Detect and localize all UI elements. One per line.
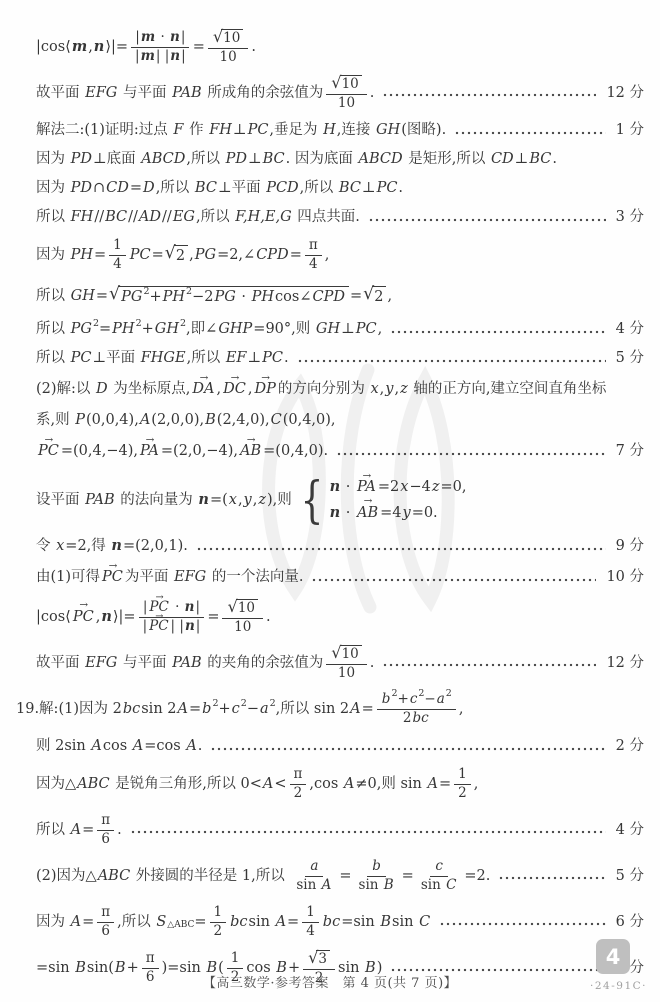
text-run: 2 [214,924,223,940]
radicand: 10 [340,645,362,663]
math-bi: n [100,608,113,627]
dot-leader [439,922,605,926]
text-run: 与平面 [118,654,171,673]
text-run: ⊥ [233,121,247,140]
math-it: D [142,179,156,198]
vector: →PA [140,442,159,461]
answer-line: 故平面 EFG 与平面 PAB 所成角的余弦值为√1010.12 分 [36,70,644,116]
fraction: |m · n||m| |n| [131,30,190,64]
math-it: PH [162,288,186,307]
text-run: = [402,867,414,886]
dot-leader [390,330,605,334]
radicand: 10 [340,75,362,93]
text-run: ⟩|= [113,608,136,627]
numerator: 1 [302,905,319,923]
dot-leader [382,663,596,667]
text-run: sin [359,878,383,894]
math-it: BC [262,150,286,169]
vector-arrow-icon: → [45,434,53,448]
math-bi: m [140,30,156,46]
score-label: 3 分 [616,208,644,227]
text-run: | [196,600,201,616]
text-run: 四点共面. [293,208,360,227]
text-run: = [82,821,94,840]
fraction: 12 [210,905,227,939]
math-it: EFG [84,84,118,103]
text-run: ⊥ [515,150,529,169]
numerator: √10 [326,645,367,665]
math-it: GH [375,121,401,140]
text-run: 10 [338,666,355,682]
page-number-badge: 4 [596,939,630,974]
math-bi: n [329,478,342,497]
text-run: 1 [113,238,122,254]
denominator: 6 [97,923,114,940]
text-run: . [370,654,375,673]
math-it: bc [412,711,430,727]
math-it: A [343,775,355,794]
score-label: 5 分 [616,349,644,368]
text-run: ,所以 [196,208,234,227]
text-run: =2,得 [65,537,110,556]
text-run: π [101,905,110,921]
numerator: π [142,951,159,969]
square-root: √10 [227,599,258,617]
text-run: ⊥ [247,349,261,368]
math-it: BC [338,179,362,198]
math-it: ABC [97,867,132,886]
text-run: = [99,320,111,339]
text-run: =0. [412,504,438,523]
text-run: 1 [214,905,223,921]
answer-line: 解法二:(1)证明:过点 F 作 FH⊥PC,垂足为 H,连接 GH(图略).1… [36,116,644,145]
text-run: ,所以 sin 2 [276,700,349,719]
math-it: CD [490,150,515,169]
text-run: 2 [403,711,412,727]
denominator: 2bc [399,710,434,727]
radicand: 3 [316,950,330,968]
answer-line: 因为 PD∩CD=D,所以 BC⊥平面 PCD,所以 BC⊥PC. [36,174,644,203]
math-sup: 2 [186,286,192,298]
math-it: A [177,700,189,719]
vector: →DP [254,380,275,399]
text-run: 是锐角三角形,所以 0< [111,775,262,794]
text-run: , [459,700,464,719]
numerator: 1 [210,905,227,923]
denominator: 4 [109,256,126,273]
dot-leader [498,876,605,880]
text-run: 因为△ [36,775,76,794]
text-run: 的夹角的余弦值为 [203,654,324,673]
denominator: 4 [302,923,319,940]
paper-code: ·24-91C· [590,980,647,992]
vector-arrow-icon: → [200,372,208,386]
text-run: ∩ [93,179,105,198]
math-it: A [275,913,287,932]
score-label: 12 分 [606,84,644,103]
text-run: (0,4,0), [283,411,336,430]
text-run: = [362,700,374,719]
answer-line: →PC=(0,4,−4),→PA=(2,0,−4),→AB=(0,4,0).7 … [36,435,644,468]
fraction: b2+c2−a22bc [377,692,456,726]
score-label: 1 分 [616,121,644,140]
fraction: |→PC · n||→PC| |n| [139,600,205,634]
dot-leader [130,830,606,834]
text-run: ⊥ [362,179,376,198]
text-run: | [181,30,186,46]
equation-row: n · →PA=2x−4z=0, [329,478,467,497]
dot-leader [297,359,606,363]
text-run: π [146,951,155,967]
text-run: . 因为底面 [286,150,358,169]
brace-icon: { [300,479,323,522]
math-sup: 2 [391,689,397,700]
math-it: z [399,380,409,399]
math-it: EF [225,349,248,368]
text-run: 令 [36,537,55,556]
math-it: a [259,700,270,719]
vector: →AB [357,504,378,523]
text-run: + [398,692,409,708]
text-run: | [143,619,148,635]
text-run: = [189,700,201,719]
text-run: = [130,179,142,198]
text-run: ⊥平面 [92,349,139,368]
math-it: b [371,859,382,875]
text-run: ,连接 [337,121,375,140]
text-run: 10 [234,620,251,636]
math-it: PG [213,288,236,307]
math-it: x [55,537,65,556]
math-it: CPD [312,288,346,307]
radicand: 2 [372,286,386,307]
text-run: . [266,608,271,627]
square-root: √2 [165,245,188,266]
text-run: · [237,288,251,307]
text-run: | | [156,49,169,65]
text-run: = [152,246,164,265]
math-it: C [270,411,283,430]
numerator: 1 [454,767,471,785]
text-run: =(2,0,1). [123,537,188,556]
text-run: . [117,821,122,840]
math-it: B [204,411,217,430]
math-it: PAB [171,654,203,673]
answer-line: 因为 A=π6,所以 S△ABC=12bcsin A=14bc=sin Bsin… [36,899,644,945]
math-it: a [436,692,446,708]
text-run: 的法向量为 [116,491,198,510]
radical-icon: √ [331,74,341,91]
text-run: 设平面 [36,491,84,510]
text-run: 因为 [36,246,70,265]
text-run: = [339,867,351,886]
math-it: PD [70,150,93,169]
square-root: √3 [308,950,330,968]
math-it: PCD [265,179,299,198]
vector-arrow-icon: → [364,495,372,509]
math-bi: n [93,38,106,57]
numerator: |→PC · n| [139,600,204,618]
text-run: ,垂足为 [269,121,322,140]
math-it: B [383,878,395,894]
math-it: PC [355,320,378,339]
numerator: π [97,905,114,923]
text-run: =2 [378,478,399,497]
text-run: 解法二:(1)证明:过点 [36,121,172,140]
text-run: 为平面 [125,568,173,587]
vector-arrow-icon: → [109,560,117,574]
math-it: b [201,700,212,719]
square-root: √10 [213,29,244,47]
text-run: (图略). [401,121,446,140]
text-run: | | [171,619,184,635]
answer-line: 故平面 EFG 与平面 PAB 的夹角的余弦值为√1010.12 分 [36,640,644,686]
text-run: // [128,208,138,227]
text-run: sin [392,913,418,932]
math-it: PH [111,320,135,339]
text-run: = [82,913,94,932]
math-sup: 2 [93,318,99,330]
math-it: EFG [84,654,118,673]
score-label: 9 分 [616,537,644,556]
numerator: b [367,859,386,877]
text-run: ⊥ [341,320,355,339]
score-label: 7 分 [616,442,644,461]
text-run: 6 [101,832,110,848]
text-run: 1 [231,951,240,967]
text-run: , [387,287,392,306]
math-it: ABCD [140,150,186,169]
math-bi: m [71,38,88,57]
vector: →PC [38,442,59,461]
denominator: sin C [417,877,462,894]
math-bi: n [110,537,123,556]
dot-leader [368,218,606,222]
numerator: √10 [326,75,367,95]
math-it: PAB [84,491,116,510]
math-it: F [172,121,184,140]
square-root: √10 [331,75,362,93]
radicand: 10 [221,29,243,47]
fraction: 12 [454,767,471,801]
fraction: √1010 [208,29,249,65]
math-sup: 2 [241,698,247,710]
text-run: (2)解:以 [36,380,95,399]
answer-line: 19.解:(1)因为 2bcsin 2A=b2+c2−a2,所以 sin 2A=… [16,686,644,732]
numerator: c [430,859,448,877]
math-it: A [132,737,144,756]
text-run: , [217,380,222,399]
text-run: 则 2sin [36,737,90,756]
text-run: 为坐标原点, [109,380,191,399]
math-sup: 2 [136,318,142,330]
numerator: √10 [208,29,249,49]
text-run: = [287,913,299,932]
text-run: . [251,38,256,57]
answer-line: 令 x=2,得 n=(2,0,1).9 分 [36,532,644,561]
radical-icon: √ [109,285,120,303]
math-it: GHP [217,320,253,339]
answer-line: 所以 GH=√PG2+PH2−2PG · PHcos∠CPD=√2, [36,278,644,315]
text-run: sin 2 [141,700,176,719]
math-it: bc [229,913,248,932]
vector-arrow-icon: → [247,434,255,448]
text-run: = [207,608,219,627]
math-it: BC [104,208,128,227]
text-run: ,cos [309,775,343,794]
text-run: 的一个法向量. [207,568,303,587]
answer-line: |cos⟨→PC,n⟩|=|→PC · n||→PC| |n|=√1010. [36,594,644,640]
text-run: 系,则 [36,411,74,430]
text-run: |cos⟨ [36,38,71,57]
text-run: = [350,287,362,306]
math-it: bc [122,700,141,719]
text-run: =(0,4,0). [263,442,328,461]
fraction: asin A [292,859,336,893]
text-run: ,即∠ [186,320,217,339]
answer-line: 因为 PD⊥底面 ABCD,所以 PD⊥BC. 因为底面 ABCD 是矩形,所以… [36,145,644,174]
math-it: a [309,859,319,875]
math-it: ABCD [357,150,403,169]
fraction: √1010 [326,645,367,681]
text-run: . [552,150,557,169]
math-it: x [228,491,238,510]
math-it: EFG [173,568,207,587]
text-run: ⊥底面 [93,150,140,169]
text-run: = [194,913,206,932]
math-it: CPD [255,246,289,265]
text-run: 是矩形,所以 [404,150,490,169]
text-run: 4 [306,924,315,940]
vector-arrow-icon: → [156,592,163,603]
math-sup: 2 [143,286,149,298]
text-run: (2)因为△ [36,867,97,886]
answer-line: 因为 PH=14PC=√2,PG=2,∠CPD=π4, [36,232,644,278]
math-it: CD [105,179,130,198]
text-run: ,所以 [187,349,225,368]
math-it: z [257,491,267,510]
math-it: FH [70,208,95,227]
fraction: 14 [109,238,126,272]
text-run: cos∠ [275,288,311,307]
fraction: csin C [417,859,462,893]
text-run: cos [103,737,132,756]
fraction: π6 [97,905,114,939]
numerator: b2+c2−a2 [377,692,456,710]
math-it: A [321,878,333,894]
text-run: π [309,238,318,254]
text-run: sin [421,878,445,894]
math-it: A [427,775,439,794]
text-run: =( [210,491,228,510]
math-it: A [349,700,361,719]
text-run: (0,0,4), [86,411,139,430]
denominator: 2 [210,923,227,940]
fraction: √1010 [222,599,263,635]
vector-arrow-icon: → [155,611,162,622]
math-it: y [401,504,411,523]
math-it: PD [225,150,248,169]
numerator: π [97,813,114,831]
denominator: 10 [230,619,255,636]
math-it: B [379,913,392,932]
math-it: A [90,737,102,756]
text-run: (2,0,0), [151,411,204,430]
math-it: BC [194,179,218,198]
math-it: H [322,121,337,140]
answer-line: |cos⟨m,n⟩|=|m · n||m| |n|=√1010. [36,24,644,70]
answer-line: 由(1)可得→PC为平面 EFG 的一个法向量.10 分 [36,561,644,594]
dot-leader [210,747,605,751]
text-run: = [193,38,205,57]
text-run: 2 [294,786,303,802]
numerator: √10 [222,599,263,619]
text-run: π [294,767,303,783]
dot-leader [311,578,596,582]
text-run: 由(1)可得 [36,568,100,587]
radicand: 2 [174,245,188,266]
math-it: A [70,913,82,932]
math-it: BC [528,150,552,169]
numerator: 1 [109,238,126,256]
answer-line: 设平面 PAB 的法向量为 n=(x,y,z),则{n · →PA=2x−4z=… [36,468,644,532]
text-run: 的方向分别为 [278,380,370,399]
math-sup: 2 [270,698,276,710]
math-it: GH [70,287,96,306]
math-it: y [243,491,253,510]
text-run: 1 [306,905,315,921]
text-run: | [143,600,148,616]
math-it: ABC [76,775,111,794]
text-run: 1 [458,767,467,783]
math-it: PC [129,246,152,265]
score-label: 12 分 [606,654,644,673]
math-it: b [381,692,392,708]
math-bi: n [169,30,181,46]
equation-rows: n · →PA=2x−4z=0,n · →AB=4y=0. [329,478,467,523]
text-run: 所以 [36,208,70,227]
score-label: 4 分 [616,821,644,840]
text-run: =90°,则 [253,320,315,339]
radical-icon: √ [363,285,374,303]
text-run: =sin [341,913,379,932]
text-run: , [474,775,479,794]
text-run: 所以 [36,320,70,339]
denominator: sin B [355,877,399,894]
text-run: ⊥ [248,150,262,169]
fraction: π2 [290,767,307,801]
equation-system: {n · →PA=2x−4z=0,n · →AB=4y=0. [296,478,467,523]
text-run: ≠0,则 sin [355,775,426,794]
text-run: |cos⟨ [36,608,71,627]
text-run: ),则 [267,491,292,510]
text-run: = [96,287,108,306]
radical-icon: √ [331,644,341,661]
text-run: 因为 [36,179,70,198]
text-run: 4 [309,257,318,273]
denominator: 2 [454,785,471,802]
text-run: =(2,0,−4), [161,442,238,461]
vector: →PC [73,608,94,627]
text-run: 故平面 [36,654,84,673]
vector-arrow-icon: → [261,372,269,386]
text-run: . [370,84,375,103]
math-bi: n [329,504,342,523]
math-it: F,H,E,G [234,208,292,227]
text-run: 作 [184,121,208,140]
math-it: A [139,411,151,430]
math-it: PD [70,179,93,198]
